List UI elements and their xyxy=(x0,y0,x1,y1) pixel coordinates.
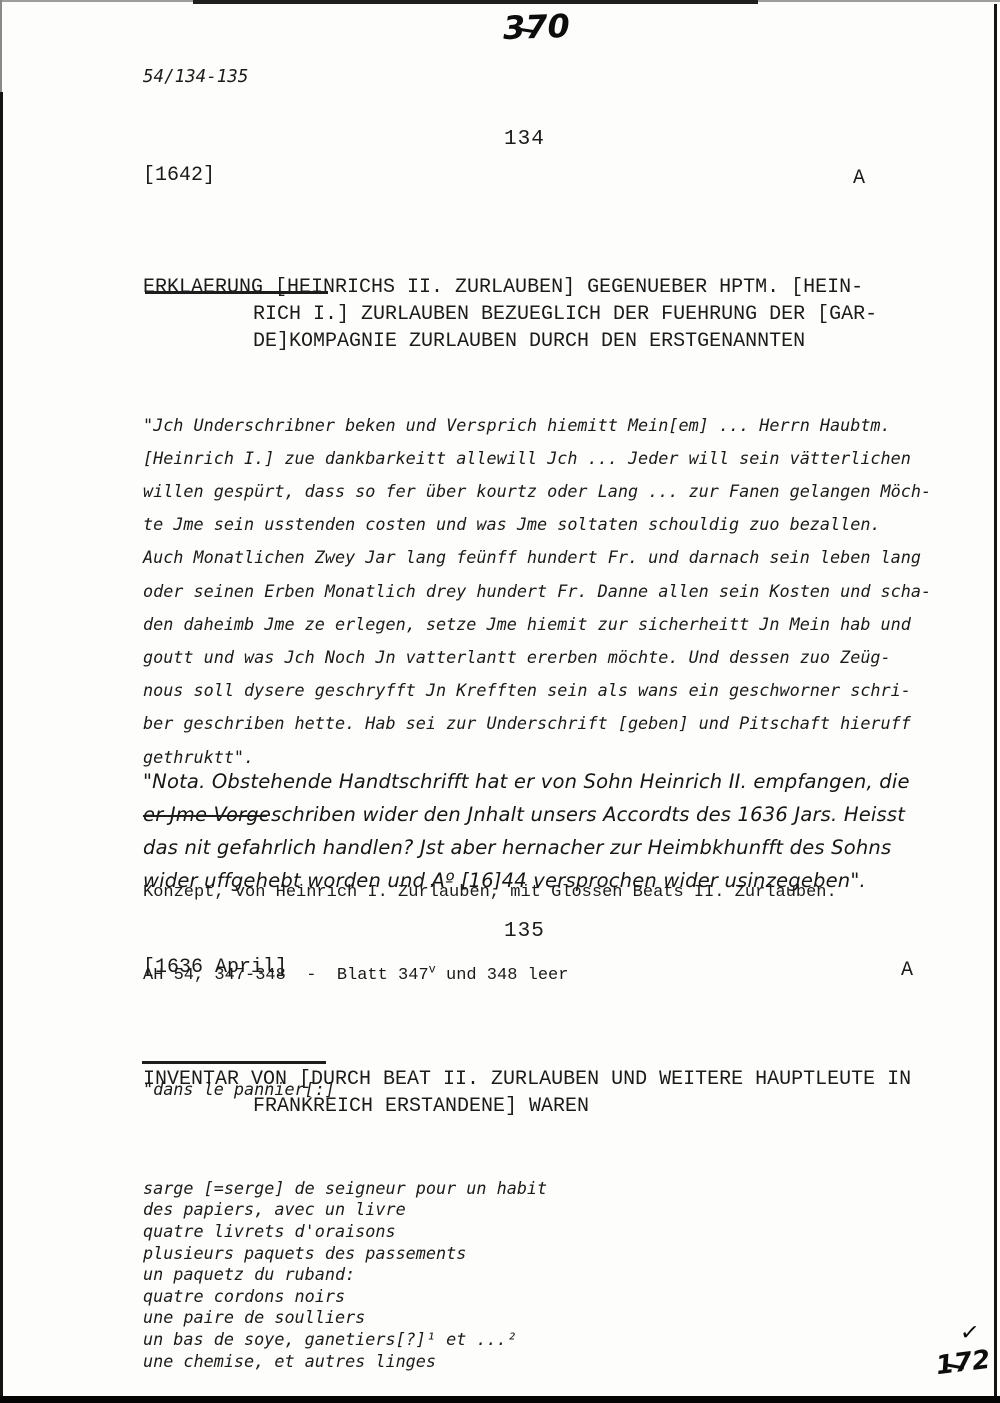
scan-edge-left-dark xyxy=(0,92,3,1403)
inventory-list-item: plusieurs paquets des passements xyxy=(143,1243,547,1265)
entry-134-marker: A xyxy=(853,167,865,190)
archive-reference: 54/134-135 xyxy=(143,67,248,87)
nota-line: "Nota. Obstehende Handtschrifft hat er v… xyxy=(143,765,910,798)
quote-line: willen gespürt, dass so fer über kourtz … xyxy=(143,475,931,508)
inventory-list-item: sarge [=serge] de seigneur pour un habit xyxy=(143,1178,547,1200)
divider-rule-2 xyxy=(143,815,267,817)
inventory-list-item: des papiers, avec un livre xyxy=(143,1199,547,1221)
handwritten-page-number: 370 xyxy=(502,7,570,47)
inventory-list-item: un paquetz du ruband: xyxy=(143,1264,547,1286)
inventory-list-item: une paire de soulliers xyxy=(143,1307,547,1329)
divider-rule-3 xyxy=(142,1061,326,1064)
inventory-list-item: un bas de soye, ganetiers[?]¹ et ...² xyxy=(143,1329,547,1351)
scan-edge-right xyxy=(994,4,997,1403)
inventory-list-item: une chemise, et autres linges xyxy=(143,1351,547,1373)
folio-verso-superscript: v xyxy=(429,962,436,976)
entry-135-date: [1636 April] xyxy=(143,956,287,979)
scan-edge-left-light xyxy=(0,0,2,95)
title-line: ERKLAERUNG [HEINRICHS II. ZURLAUBEN] GEG… xyxy=(143,274,877,301)
inventory-list: sarge [=serge] de seigneur pour un habit… xyxy=(143,1113,547,1372)
quote-line: [Heinrich I.] zue dankbarkeitt allewill … xyxy=(143,442,931,475)
entry-134-date: [1642] xyxy=(143,164,215,187)
quote-line: te Jme sein usstenden costen und was Jme… xyxy=(143,508,931,541)
french-quote-intro: "dans le pannier[:] xyxy=(143,1079,335,1099)
entry-135-title: INVENTAR VON [DURCH BEAT II. ZURLAUBEN U… xyxy=(143,985,911,1120)
footer-handwritten-number: 172 xyxy=(934,1345,992,1381)
entry-135-marker: A xyxy=(901,959,913,982)
scanned-document-page: 370 54/134-135 134 [1642] A ERKLAERUNG [… xyxy=(0,0,1000,1403)
quote-line: oder seinen Erben Monatlich drey hundert… xyxy=(143,575,931,608)
footer-checkmark-icon: ✓ xyxy=(959,1319,981,1347)
quote-line: den daheimb Jme ze erlegen, setze Jme hi… xyxy=(143,608,931,641)
inventory-list-item: quatre cordons noirs xyxy=(143,1286,547,1308)
divider-rule-1 xyxy=(145,291,328,294)
source-note-line-1: Konzept, von Heinrich I. Zurlauben, mit … xyxy=(143,879,837,907)
scan-edge-top-dark xyxy=(193,0,758,4)
quote-line: "Jch Underschribner beken und Versprich … xyxy=(143,409,931,442)
entry-135-number: 135 xyxy=(504,920,545,943)
quote-line: Auch Monatlichen Zwey Jar lang feünff hu… xyxy=(143,541,931,574)
inventory-list-item: quatre livrets d'oraisons xyxy=(143,1221,547,1243)
source-note-line-2-suffix: und 348 leer xyxy=(436,966,569,985)
entry-134-number: 134 xyxy=(504,128,545,151)
scan-edge-bottom xyxy=(0,1396,1000,1403)
